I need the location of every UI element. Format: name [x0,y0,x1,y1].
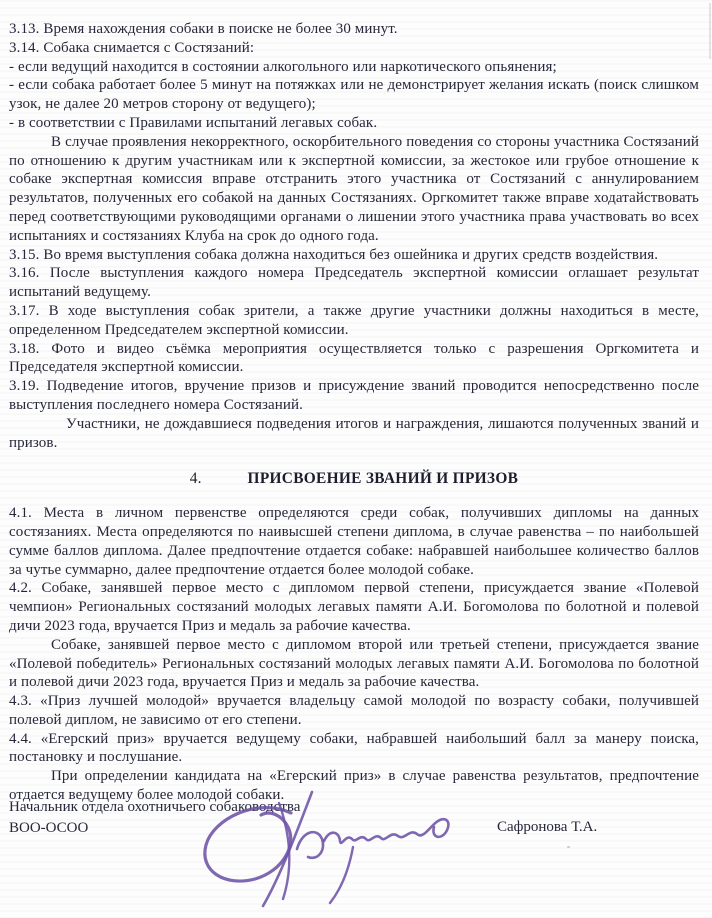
clause-3-17: 3.17. В ходе выступления собак зрители, … [9,302,699,340]
scan-edge-artifact [709,3,711,59]
signee-position: Начальник отдела охотничьего собаководст… [9,797,699,818]
signee-name: Сафронова Т.А. [497,817,597,838]
clause-3-14-item-2: - если собака работает более 5 минут на … [9,76,699,114]
clause-3-14-note: В случае проявления некорректного, оскор… [9,133,699,246]
section-number: 4. [190,470,202,489]
scanned-document-page: 3.13. Время нахождения собаки в поиске н… [0,0,712,918]
clause-3-19: 3.19. Подведение итогов, вручение призов… [9,377,699,415]
clause-3-13: 3.13. Время нахождения собаки в поиске н… [9,20,699,39]
clause-3-18: 3.18. Фото и видео съёмка мероприятия ос… [9,340,699,378]
clause-4-3: 4.3. «Приз лучшей молодой» вручается вла… [9,692,699,730]
section-title: ПРИСВОЕНИЕ ЗВАНИЙ И ПРИЗОВ [248,470,519,489]
section-4-heading: 4. ПРИСВОЕНИЕ ЗВАНИЙ И ПРИЗОВ [9,470,699,489]
clause-4-2: 4.2. Собаке, занявшей первое место с дип… [9,579,699,635]
document-body: 3.13. Время нахождения собаки в поиске н… [9,20,699,805]
organization-name: ВОО-ОСОО [9,820,88,836]
clause-3-19-note: Участники, не дождавшиеся подведения ито… [9,415,699,453]
clause-4-2-note: Собаке, занявшей первое место с дипломом… [9,636,699,692]
signature-block: Начальник отдела охотничьего собаководст… [9,797,699,840]
clause-3-16: 3.16. После выступления каждого номера П… [9,264,699,302]
clause-4-1: 4.1. Места в личном первенстве определяю… [9,504,699,579]
scan-speck [567,846,570,848]
clause-3-14-item-1: - если ведущий находится в состоянии алк… [9,58,699,77]
clause-3-15: 3.15. Во время выступления собака должна… [9,246,699,265]
clause-3-14-item-3: - в соответствии с Правилами испытаний л… [9,114,699,133]
clause-3-14: 3.14. Собака снимается с Состязаний: [9,39,699,58]
clause-4-4: 4.4. «Егерский приз» вручается ведущему … [9,730,699,768]
signature-row: ВОО-ОСОО Сафронова Т.А. [9,818,699,840]
